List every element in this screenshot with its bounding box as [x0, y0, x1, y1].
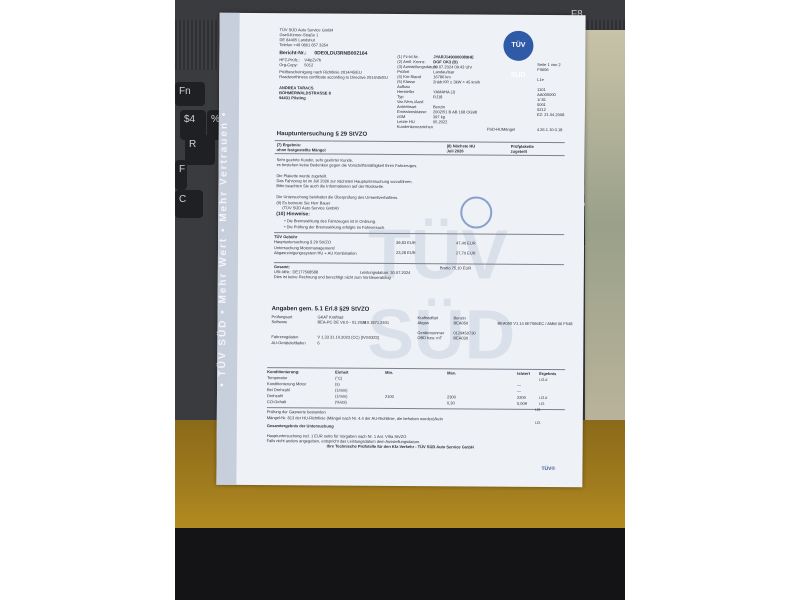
table-cell: 2300: [447, 394, 456, 399]
gas-check-result: i.O.: [535, 407, 541, 412]
fee-gross: 27,70 EUR: [456, 250, 476, 255]
emission-value: 6: [317, 340, 319, 345]
fsd-note: FSD-HUMängel: [487, 127, 515, 132]
inspector-stamp-icon: [460, 196, 492, 228]
report-number: 0DE0LDU3RNB002164: [314, 51, 367, 56]
table-cell: 2100: [385, 394, 394, 399]
tuv-logo: TÜV SÜD: [503, 31, 533, 61]
emissions-title: Angaben gem. 5.1 Erl.8 §29 StVZO: [272, 306, 370, 314]
certificate-en: Roadworthiness certificate according to …: [279, 74, 388, 80]
overall-result: Gesamtergebnis der Untersuchung: [267, 423, 334, 428]
key-r: R: [185, 135, 215, 165]
table-cell: Bei Drehzahl: [267, 387, 290, 392]
table-cell: (1/min): [335, 394, 347, 399]
table-cell: 0,009: [517, 401, 527, 406]
watermark: TÜV SÜD: [367, 214, 584, 376]
table-cell: —: [517, 383, 521, 388]
fee-gross: 47,40 EUR: [456, 240, 476, 245]
key-c: C: [175, 190, 203, 218]
table-cell: CO-Gehalt: [267, 399, 286, 404]
vehicle-right-value: EZ: 21.04.2008: [537, 112, 564, 117]
wallpaper-strip: [585, 30, 625, 420]
vehicle-field-value: RJ18: [433, 94, 442, 99]
table-cell: i.O.#: [539, 395, 547, 400]
table-cell: —: [517, 389, 521, 394]
vehicle-field-label: Kundenkennzeichen: [397, 124, 433, 129]
report-label: Bericht-Nr.:: [279, 51, 306, 56]
note-item: • Die Bremswirkung des Fahrzeuges ist in…: [284, 218, 376, 224]
footer-logo: TÜV®: [541, 467, 555, 472]
table-header: Konditionierung:: [267, 369, 299, 374]
fees-total-value: Brutto 75,10 EUR: [440, 265, 471, 270]
para-4: Die Untersuchung beinhaltet die Überprüf…: [276, 194, 398, 200]
key-f: F: [175, 160, 187, 190]
vehicle-field-value: 05.2022: [433, 119, 448, 124]
vehicle-right-value: F0606: [537, 67, 548, 72]
table-header: Istwert: [517, 371, 530, 376]
emission-extra: BEA050 V1.14 6E7066EC / AMM 06 F548: [497, 321, 572, 327]
plakette-value: zugeteilt: [511, 149, 527, 154]
greeting-2: es bestehen keine Bedenken gegen die Vor…: [277, 162, 418, 168]
fee-net: 39,83 EUR: [396, 240, 416, 245]
fee-label: Untersuchung Motormanagement/ Abgasreini…: [274, 245, 364, 256]
fee-net: 23,28 EUR: [396, 250, 416, 255]
copy-value: 5012: [304, 62, 313, 67]
vehicle-field-value: 2rädr.KR ≤ 3kW > 45 km/h: [433, 79, 480, 84]
emission-value: BEA050: [453, 320, 468, 325]
table-header: Ergebnis: [539, 371, 556, 376]
fee-label: Hauptuntersuchung § 29 StVZO: [274, 239, 331, 244]
sender-phone: Telefon +49 0861 657 3354: [279, 42, 328, 47]
result-value: ohne festgestellte Mängel: [277, 147, 326, 152]
table-header: Max.: [447, 370, 456, 375]
note-item: • Die Prüfung der Bremswirkung erfolgte …: [284, 224, 385, 230]
table-cell: (°C): [335, 376, 342, 381]
table-cell: (1/min): [335, 388, 347, 393]
emission-value: BEA-PC DE V6.0 - 01.2024: [317, 319, 366, 324]
table-cell: (s): [335, 382, 340, 387]
key-fn: Fn: [175, 82, 205, 106]
fees-disclaimer: Dies ist keine Rechnung und berechtigt n…: [274, 274, 391, 280]
emission-label: Abgas: [417, 320, 428, 325]
gas-check: Prüfung der Gaswerte bestanden: [267, 409, 326, 414]
emission-label: OBD bzw. mT: [417, 335, 442, 340]
copy-label: Org-Copy:: [279, 62, 297, 67]
section-title: Hauptuntersuchung § 29 StVZO: [277, 131, 367, 139]
para-3: Bitte beachten Sie auch die Informatione…: [276, 183, 384, 189]
table-cell: 2200: [517, 395, 526, 400]
table-cell: 0,30: [447, 400, 455, 405]
notes-title: (10) Hinweise:: [276, 212, 310, 217]
vehicle-right-value: 4.26.1.10.0.18: [537, 127, 563, 132]
emission-label: AU-Geräteleitfaden: [271, 340, 305, 345]
table-cell: (%Vol): [335, 400, 347, 405]
defects-result: i.O.: [535, 420, 541, 425]
next-hu-value: Juli 2026: [447, 148, 464, 153]
footer-3: Ihre Technische Prüfstelle für den Kfz-V…: [327, 443, 474, 449]
table-cell: i.O.: [539, 401, 545, 406]
tuv-report-document: • TÜV SÜD • Mehr Wert • Mehr Vertrauen •…: [216, 13, 585, 488]
table-header: Einheit: [335, 370, 348, 375]
dark-shirt: [175, 528, 625, 600]
defects-line: Mängel-Nr. 813 der HU-Richtlinie (Mängel…: [267, 415, 443, 421]
vehicle-right-value: L1e: [537, 77, 544, 82]
table-cell: Temperatur: [267, 375, 287, 380]
recipient-city: 94431 Pilsting: [279, 95, 306, 100]
divider: [275, 140, 565, 143]
table-cell: i.O.#: [539, 377, 547, 382]
table-cell: Konditionierung Motor: [267, 381, 306, 386]
emission-extra: 6.0.1871.2401: [363, 320, 389, 325]
emission-label: Fahrzeugdaten: [271, 334, 298, 339]
side-strip: • TÜV SÜD • Mehr Wert • Mehr Vertrauen •: [216, 13, 239, 485]
emission-label: Software: [271, 319, 287, 324]
table-header: Min.: [385, 370, 393, 375]
inspector-2: (TÜV SÜD Auto Service GmbH): [282, 205, 339, 210]
table-cell: Drehzahl: [267, 393, 283, 398]
emission-value: BEA030: [453, 335, 468, 340]
emission-value: V 1.33 31.10.2023 (CC) [IVG0323]: [317, 334, 378, 339]
